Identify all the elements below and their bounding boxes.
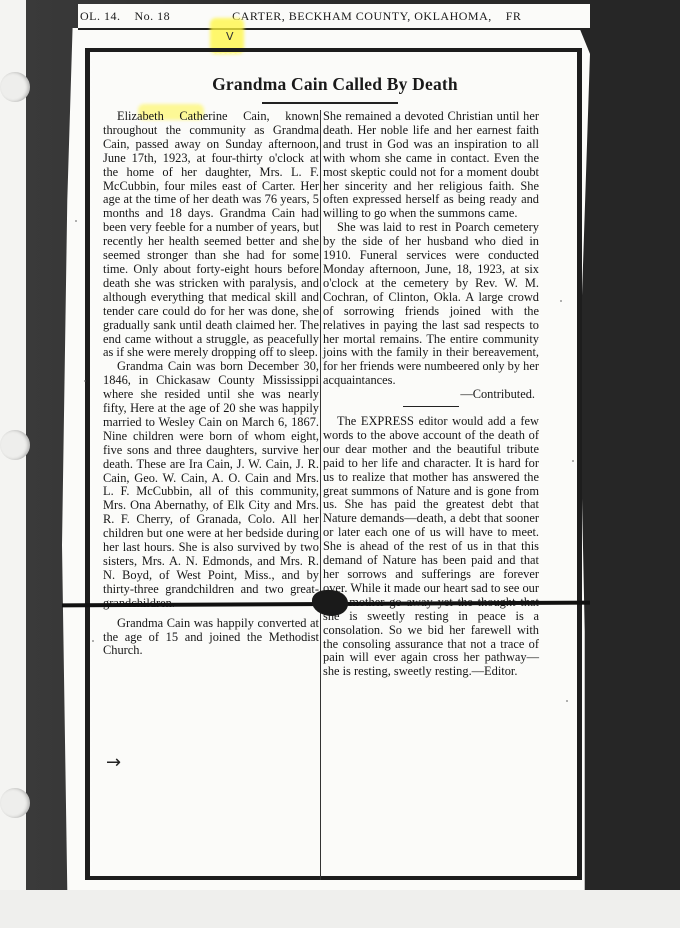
article-column-left: Elizabeth Catherine Cain, known througho… [103,110,319,658]
paragraph-faith: She remained a devoted Christian until h… [323,110,539,221]
column-divider [320,110,321,880]
paragraph-conversion: Grandma Cain was happily converted at th… [103,617,319,659]
article-title: Grandma Cain Called By Death [90,74,580,95]
article-column-right: She remained a devoted Christian until h… [323,110,539,679]
paragraph-funeral: She was laid to rest in Poarch cemetery … [323,221,539,388]
ink-blot [312,590,348,616]
paragraph-editor-note: The EXPRESS editor would add a few words… [323,415,539,679]
binder-hole-icon [0,788,30,818]
check-mark-icon: V [226,30,234,43]
binder-hole-icon [0,430,30,460]
section-divider [403,406,459,407]
masthead-place: CARTER, BECKHAM COUNTY, OKLAHOMA, [232,9,492,24]
newspaper-masthead: OL. 14. No. 18 CARTER, BECKHAM COUNTY, O… [78,4,590,30]
title-divider [262,102,398,104]
masthead-day: FR [506,9,522,24]
scan-speckle [92,640,94,642]
scan-speckle [75,220,77,222]
paragraph-biography: Grandma Cain was born December 30, 1846,… [103,360,319,610]
scan-speckle [572,460,574,462]
scan-speckle [84,380,86,382]
masthead-number: No. 18 [135,9,171,24]
paragraph-death-notice: Elizabeth Catherine Cain, known througho… [103,110,319,360]
masthead-volume: OL. 14. [80,9,121,24]
binder-hole-icon [0,72,30,102]
scan-speckle [560,300,562,302]
arrow-annotation-icon: → [106,752,121,773]
contributed-signoff: —Contributed. [323,388,539,402]
scan-speckle [566,700,568,702]
page-bottom-margin [0,890,680,928]
